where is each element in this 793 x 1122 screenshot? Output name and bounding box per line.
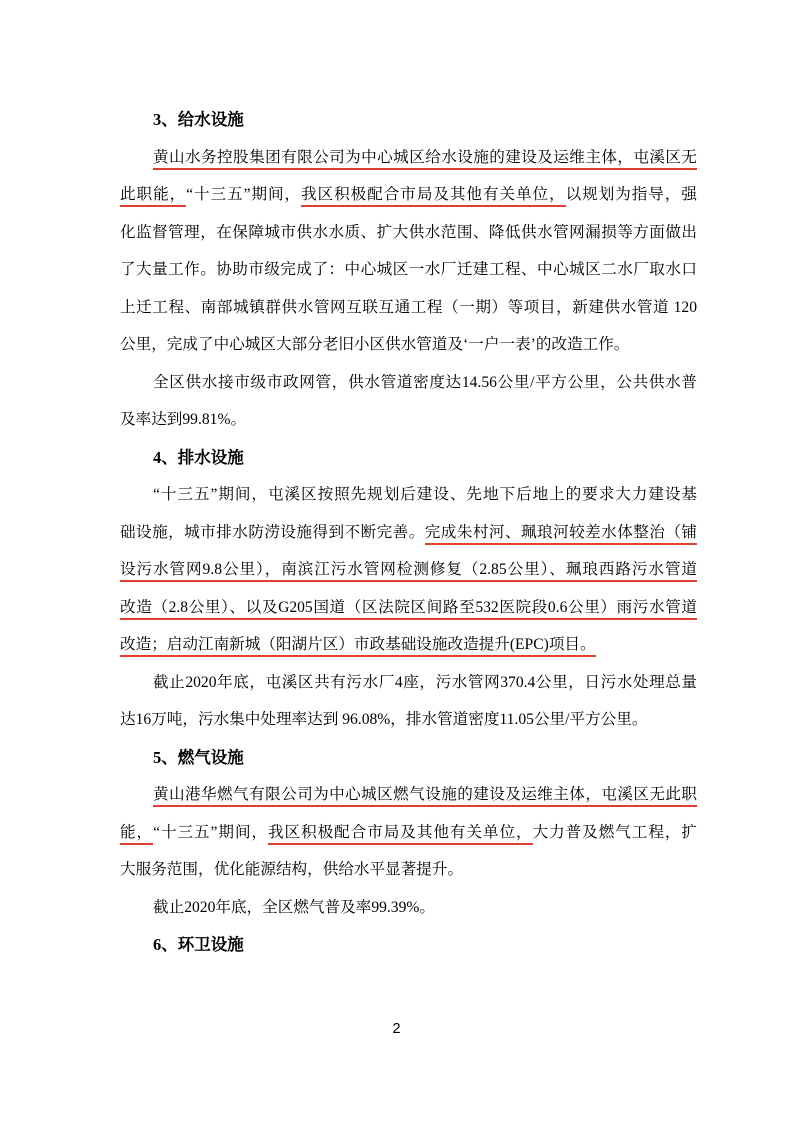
underlined-text-run: 黄山水务控股集团有限公司为中心城区给水设施的建设及运维主体，屯溪区无 — [153, 149, 697, 170]
paragraph-drainage-2: 截止2020年底，屯溪区共有污水厂4座，污水管网370.4公里，日污水处理总量 … — [120, 664, 697, 739]
paragraph-gas-2: 截止2020年底，全区燃气普及率99.39%。 — [120, 889, 697, 927]
paragraph-line: 全区供水接市级市政网管，供水管道密度达14.56公里/平方公里，公共供水普 — [120, 364, 697, 402]
underlined-text-run: 改造；启动江南新城（阳湖片区）市政基础设施改造提升(EPC)项目。 — [120, 636, 596, 657]
paragraph-line: 截止2020年底，全区燃气普及率99.39%。 — [120, 889, 697, 927]
page-footer: 2 — [0, 1019, 793, 1039]
text-run: “十三五”期间，屯溪区按照先规划后建设、先地下后地上的要求大力建设基 — [153, 486, 697, 503]
underlined-text-run: 设污水管网9.8公里），南滨江污水管网检测修复（2.85公里）、珮琅西路污水管道 — [120, 561, 697, 582]
section-heading-drainage: 4、排水设施 — [120, 439, 697, 477]
text-run: 了大量工作。协助市级完成了：中心城区一水厂迁建工程、中心城区二水厂取水口 — [120, 261, 697, 278]
section-heading-water-supply: 3、给水设施 — [120, 101, 697, 139]
paragraph-line: 化监督管理，在保障城市供水水质、扩大供水范围、降低供水管网漏损等方面做出 — [120, 214, 697, 252]
text-run: “十三五”期间， — [186, 186, 301, 203]
paragraph-line: 此职能，“十三五”期间，我区积极配合市局及其他有关单位，以规划为指导，强 — [120, 176, 697, 214]
text-run: 础设施，城市排水防涝设施得到不断完善。 — [120, 524, 425, 541]
underlined-text-run: 改造（2.8公里）、以及G205国道（区法院区间路至532医院段0.6公里）雨污… — [120, 599, 697, 620]
paragraph-water-supply-2: 全区供水接市级市政网管，供水管道密度达14.56公里/平方公里，公共供水普 及率… — [120, 364, 697, 439]
paragraph-line: 上迁工程、南部城镇群供水管网互联互通工程（一期）等项目，新建供水管道 120 — [120, 289, 697, 327]
paragraph-line: 大服务范围，优化能源结构，供给水平显著提升。 — [120, 851, 697, 889]
page-number: 2 — [392, 1021, 400, 1037]
paragraph-line: 及率达到99.81%。 — [120, 401, 697, 439]
section-heading-gas: 5、燃气设施 — [120, 739, 697, 777]
text-run: 化监督管理，在保障城市供水水质、扩大供水范围、降低供水管网漏损等方面做出 — [120, 224, 697, 241]
text-run: 上迁工程、南部城镇群供水管网互联互通工程（一期）等项目，新建供水管道 120 — [120, 299, 697, 316]
text-run: 大服务范围，优化能源结构，供给水平显著提升。 — [120, 861, 463, 878]
paragraph-water-supply-1: 黄山水务控股集团有限公司为中心城区给水设施的建设及运维主体，屯溪区无 此职能，“… — [120, 139, 697, 364]
underlined-text-run: 能， — [120, 824, 153, 845]
underlined-text-run: 黄山港华燃气有限公司为中心城区燃气设施的建设及运维主体，屯溪区无此职 — [153, 786, 697, 807]
text-run: 全区供水接市级市政网管，供水管道密度达14.56公里/平方公里，公共供水普 — [153, 374, 697, 391]
section-heading-sanitation: 6、环卫设施 — [120, 926, 697, 964]
text-run: 截止2020年底，全区燃气普及率99.39%。 — [153, 899, 435, 916]
text-run: “十三五”期间， — [153, 824, 268, 841]
paragraph-line: 设污水管网9.8公里），南滨江污水管网检测修复（2.85公里）、珮琅西路污水管道 — [120, 551, 697, 589]
text-run: 大力普及燃气工程，扩 — [533, 824, 697, 841]
text-run: 以规划为指导，强 — [566, 186, 697, 203]
paragraph-line: 改造；启动江南新城（阳湖片区）市政基础设施改造提升(EPC)项目。 — [120, 626, 697, 664]
text-run: 公里，完成了中心城区大部分老旧小区供水管道及‘一户一表’的改造工作。 — [120, 336, 629, 353]
paragraph-line: 黄山港华燃气有限公司为中心城区燃气设施的建设及运维主体，屯溪区无此职 — [120, 776, 697, 814]
paragraph-line: 础设施，城市排水防涝设施得到不断完善。完成朱村河、珮琅河较差水体整治（铺 — [120, 514, 697, 552]
text-run: 达16万吨，污水集中处理率达到 96.08%，排水管道密度11.05公里/平方公… — [120, 711, 647, 728]
underlined-text-run: 完成朱村河、珮琅河较差水体整治（铺 — [425, 524, 697, 545]
paragraph-line: 了大量工作。协助市级完成了：中心城区一水厂迁建工程、中心城区二水厂取水口 — [120, 251, 697, 289]
underlined-text-run: 我区积极配合市局及其他有关单位， — [268, 824, 533, 845]
paragraph-line: 黄山水务控股集团有限公司为中心城区给水设施的建设及运维主体，屯溪区无 — [120, 139, 697, 177]
paragraph-line: 公里，完成了中心城区大部分老旧小区供水管道及‘一户一表’的改造工作。 — [120, 326, 697, 364]
document-body: 3、给水设施 黄山水务控股集团有限公司为中心城区给水设施的建设及运维主体，屯溪区… — [120, 101, 697, 964]
paragraph-line: 达16万吨，污水集中处理率达到 96.08%，排水管道密度11.05公里/平方公… — [120, 701, 697, 739]
paragraph-gas-1: 黄山港华燃气有限公司为中心城区燃气设施的建设及运维主体，屯溪区无此职 能，“十三… — [120, 776, 697, 889]
underlined-text-run: 我区积极配合市局及其他有关单位， — [301, 186, 566, 207]
text-run: 截止2020年底，屯溪区共有污水厂4座，污水管网370.4公里，日污水处理总量 — [153, 674, 697, 691]
text-run: 及率达到99.81%。 — [120, 411, 246, 428]
paragraph-line: 截止2020年底，屯溪区共有污水厂4座，污水管网370.4公里，日污水处理总量 — [120, 664, 697, 702]
paragraph-line: 能，“十三五”期间，我区积极配合市局及其他有关单位，大力普及燃气工程，扩 — [120, 814, 697, 852]
paragraph-drainage-1: “十三五”期间，屯溪区按照先规划后建设、先地下后地上的要求大力建设基 础设施，城… — [120, 476, 697, 664]
paragraph-line: 改造（2.8公里）、以及G205国道（区法院区间路至532医院段0.6公里）雨污… — [120, 589, 697, 627]
document-page: 3、给水设施 黄山水务控股集团有限公司为中心城区给水设施的建设及运维主体，屯溪区… — [0, 0, 793, 1122]
paragraph-line: “十三五”期间，屯溪区按照先规划后建设、先地下后地上的要求大力建设基 — [120, 476, 697, 514]
underlined-text-run: 此职能， — [120, 186, 186, 207]
